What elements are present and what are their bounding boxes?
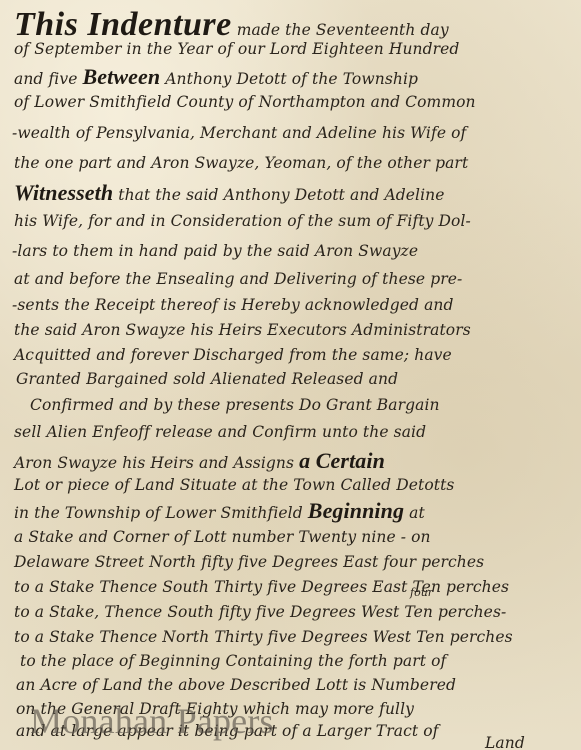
heading-a-certain: a Certain (299, 448, 385, 473)
text-line-29: Land (485, 736, 525, 750)
text-line-2: of September in the Year of our Lord Eig… (14, 42, 459, 58)
heading-witnesseth: Witnesseth (14, 180, 113, 205)
text-line-21: Delaware Street North fifty five Degrees… (14, 555, 484, 571)
text-line-9: -lars to them in hand paid by the said A… (12, 244, 418, 260)
text-line-14: Granted Bargained sold Alienated Release… (16, 372, 398, 388)
watermark: Monahan Papers (30, 700, 274, 742)
text-line-13: Acquitted and forever Discharged from th… (14, 348, 452, 364)
text-line-6: the one part and Aron Swayze, Yeoman, of… (14, 156, 468, 172)
heading-this-indenture: This Indenture (14, 6, 232, 43)
text-line-3: and five Between Anthony Detott of the T… (14, 66, 418, 88)
text-line-7: Witnesseth that the said Anthony Detott … (14, 182, 445, 204)
text-line-15: Confirmed and by these presents Do Grant… (30, 398, 440, 414)
text-line-5: -wealth of Pensylvania, Merchant and Ade… (12, 126, 466, 142)
text-line-23: to a Stake, Thence South fifty five Degr… (14, 605, 506, 621)
text-line-1: This Indenture made the Seventeenth day (14, 8, 449, 42)
text-line-10: at and before the Ensealing and Deliveri… (14, 272, 462, 288)
heading-beginning: Beginning (308, 498, 404, 523)
text-line-12: the said Aron Swayze his Heirs Executors… (14, 323, 471, 339)
handwritten-text: This Indenture made the Seventeenth day … (0, 0, 581, 750)
text-line-25: to the place of Beginning Containing the… (20, 654, 446, 670)
heading-between: Between (83, 64, 161, 89)
text-line-18: Lot or piece of Land Situate at the Town… (14, 478, 454, 494)
text-line-11: -sents the Receipt thereof is Hereby ack… (12, 298, 454, 314)
text-line-22: to a Stake Thence South Thirty five Degr… (14, 580, 509, 596)
text-line-16: sell Alien Enfeoff release and Confirm u… (14, 425, 426, 441)
text-line-4: of Lower Smithfield County of Northampto… (14, 95, 476, 111)
text-line-20: a Stake and Corner of Lott number Twenty… (14, 530, 431, 546)
document-page: This Indenture made the Seventeenth day … (0, 0, 581, 750)
text-line-19: in the Township of Lower Smithfield Begi… (14, 500, 425, 522)
text-line-26: an Acre of Land the above Described Lott… (16, 678, 456, 694)
interlinear-correction: four (410, 586, 433, 599)
text-line-17: Aron Swayze his Heirs and Assigns a Cert… (14, 450, 385, 472)
text-line-24: to a Stake Thence North Thirty five Degr… (14, 630, 513, 646)
text-line-8: his Wife, for and in Consideration of th… (14, 214, 471, 230)
